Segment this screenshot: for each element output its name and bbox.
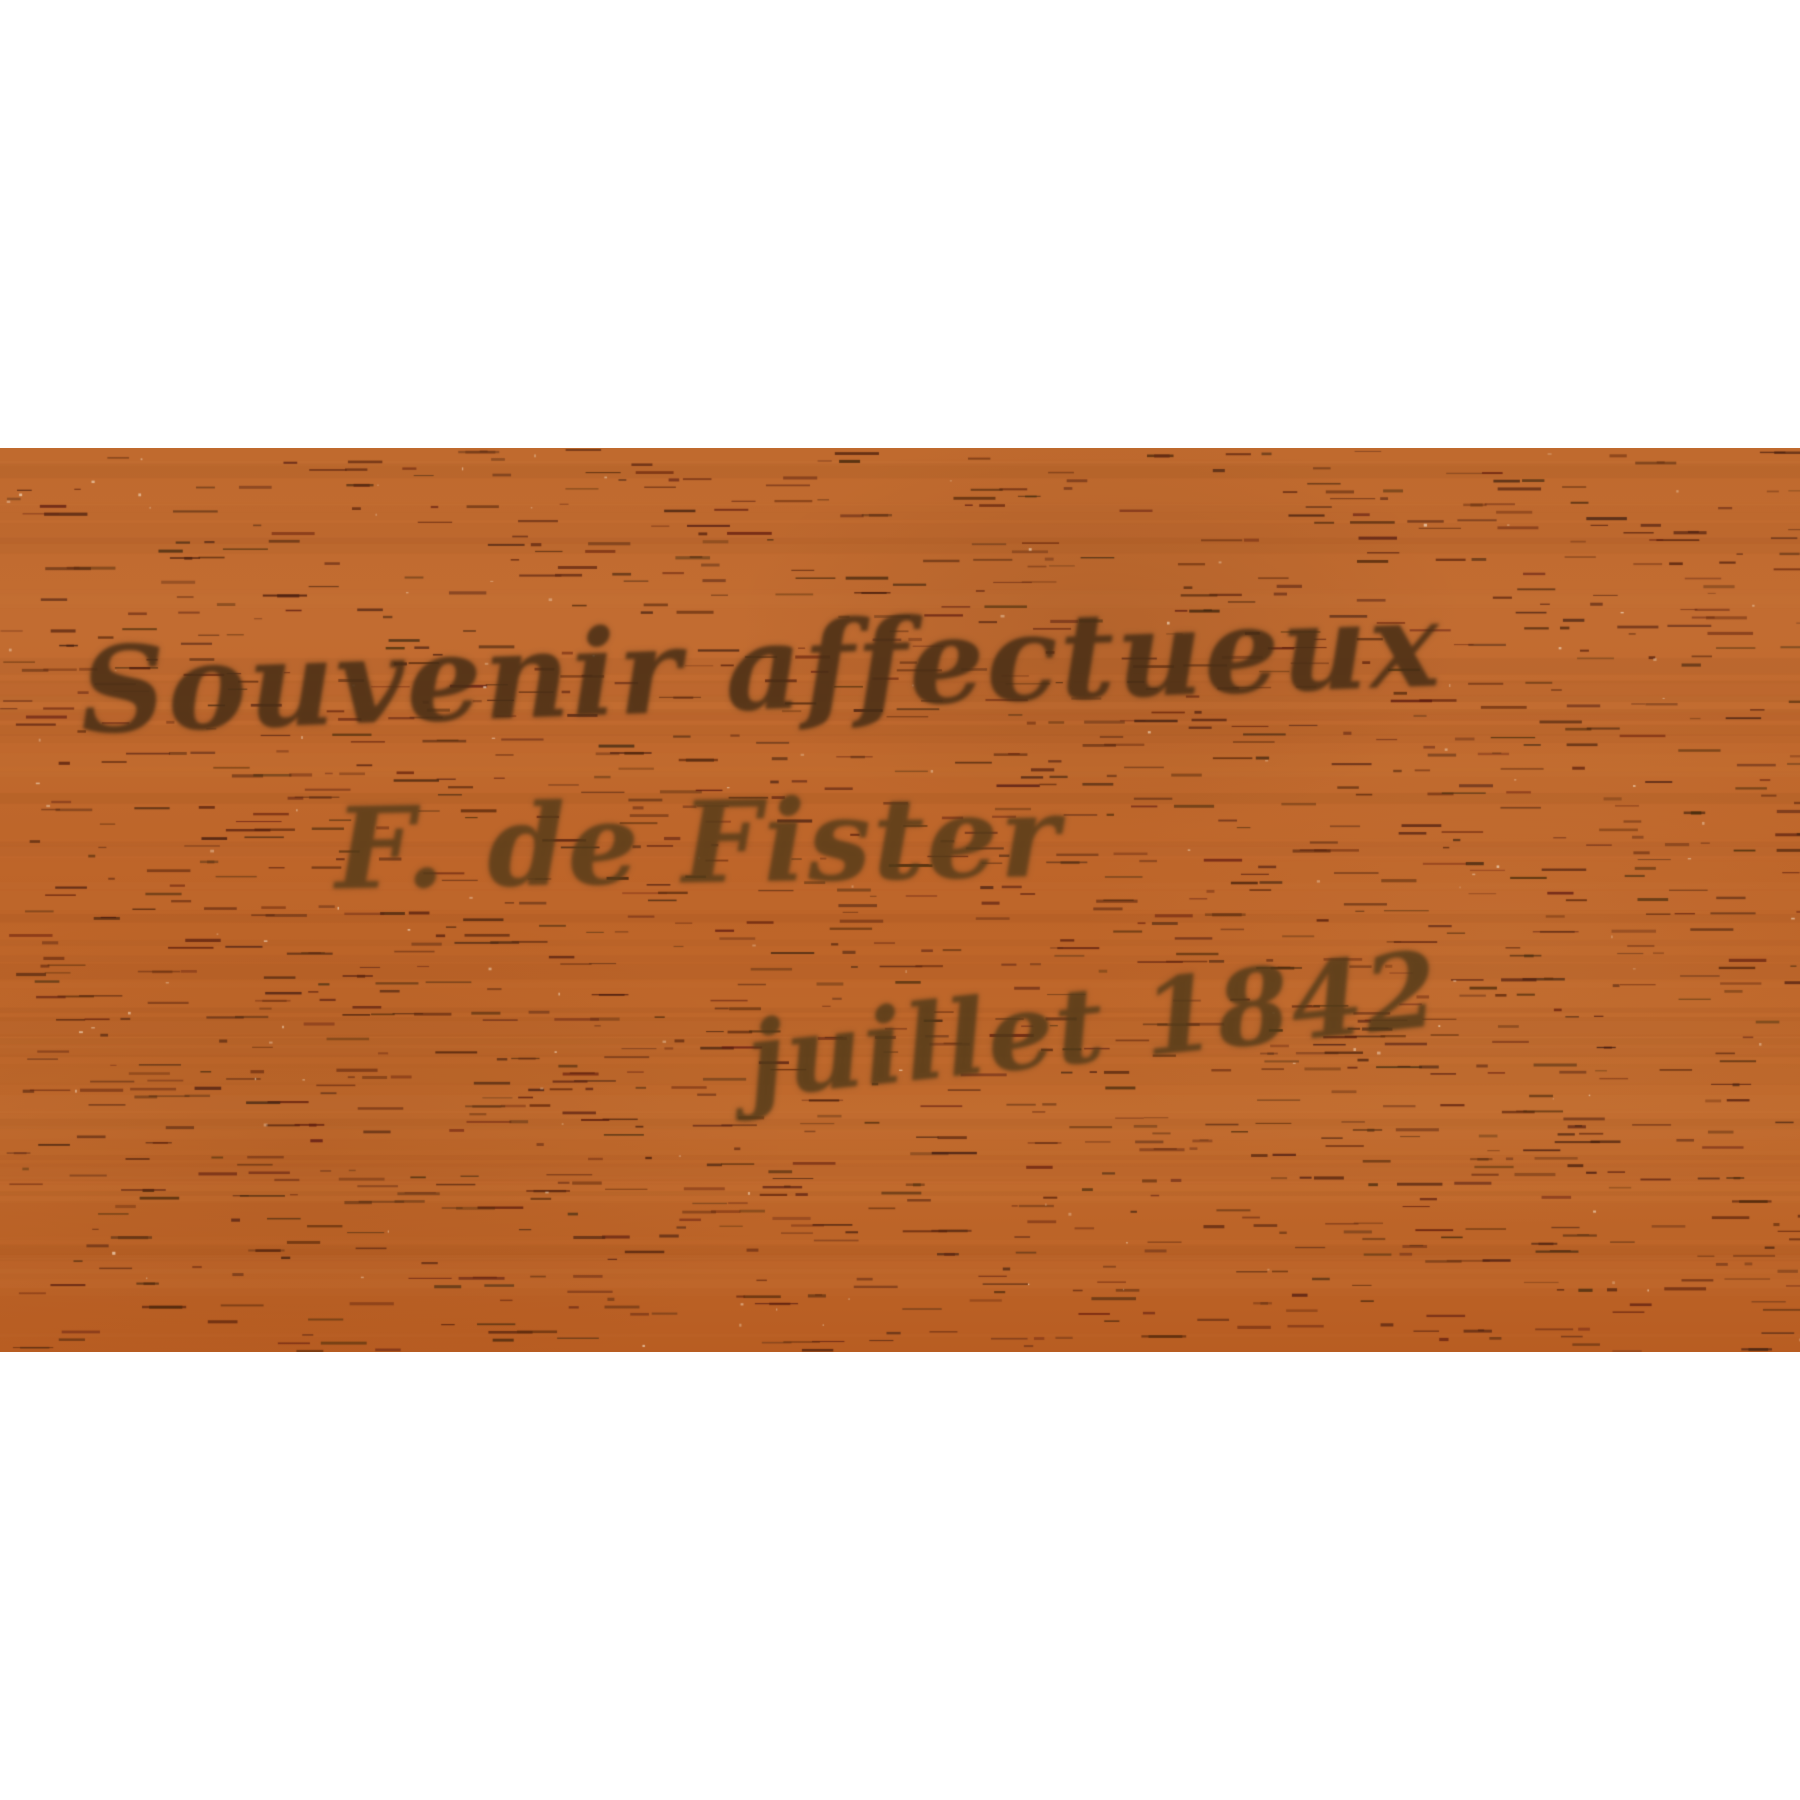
wooden-board: Souvenir affectueux F. de Fister juillet… <box>0 448 1800 1352</box>
inscription-line-2: F. de Fister <box>334 772 1062 916</box>
